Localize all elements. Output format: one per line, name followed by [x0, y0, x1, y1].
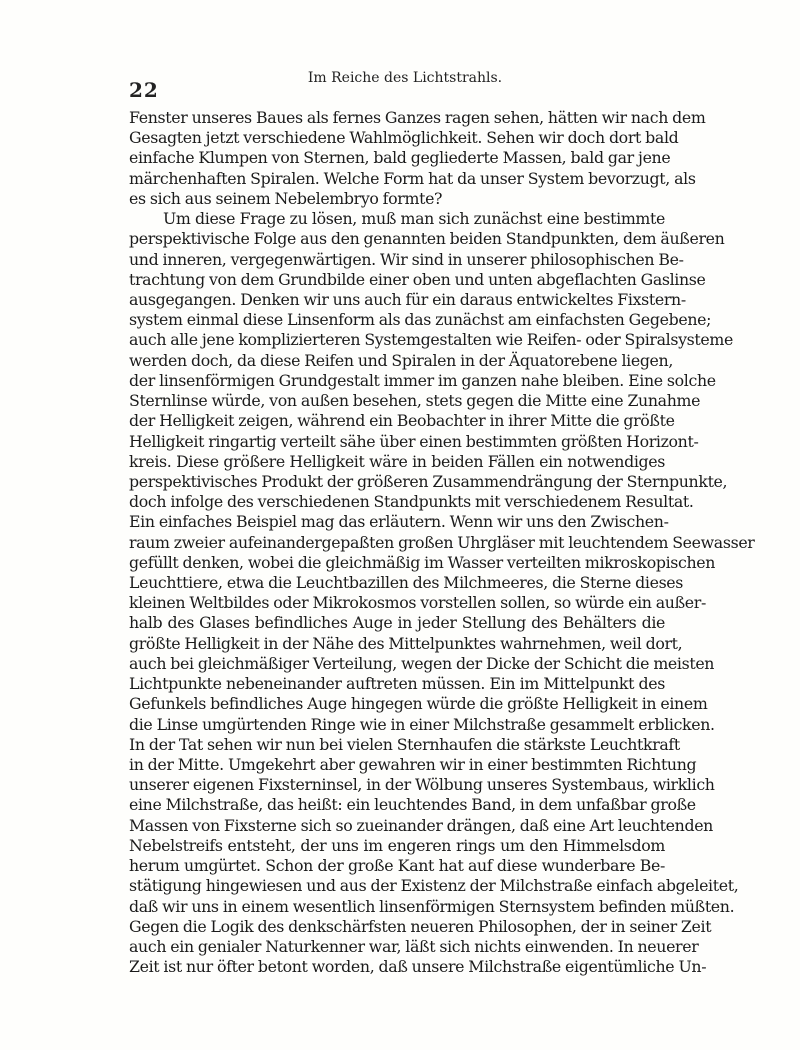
- text-line: Gesagten jetzt verschiedene Wahlmöglichk…: [129, 128, 665, 148]
- text-line: Gegen die Logik des denkschärfsten neuer…: [129, 917, 665, 937]
- text-line: Um diese Frage zu lösen, muß man sich zu…: [129, 209, 665, 229]
- text-line: trachtung von dem Grundbilde einer oben …: [129, 270, 665, 290]
- text-line: Leuchttiere, etwa die Leuchtbazillen des…: [129, 573, 665, 593]
- text-line: auch ein genialer Naturkenner war, läßt …: [129, 937, 665, 957]
- text-line: Zeit ist nur öfter betont worden, daß un…: [129, 957, 665, 977]
- text-line: kreis. Diese größere Helligkeit wäre in …: [129, 452, 665, 472]
- text-line: system einmal diese Linsenform als das z…: [129, 310, 665, 330]
- text-line: Ein einfaches Beispiel mag das erläutern…: [129, 512, 665, 532]
- text-line: der Helligkeit zeigen, während ein Beoba…: [129, 411, 665, 431]
- text-line: größte Helligkeit in der Nähe des Mittel…: [129, 634, 665, 654]
- text-line: Gefunkels befindliches Auge hingegen wür…: [129, 694, 665, 714]
- text-line: auch alle jene komplizierteren Systemges…: [129, 330, 665, 350]
- text-line: in der Mitte. Umgekehrt aber gewahren wi…: [129, 755, 665, 775]
- text-line: herum umgürtet. Schon der große Kant hat…: [129, 856, 665, 876]
- text-line: gefüllt denken, wobei die gleichmäßig im…: [129, 553, 665, 573]
- text-line: Helligkeit ringartig verteilt sähe über …: [129, 432, 665, 452]
- text-line: Massen von Fixsterne sich so zueinander …: [129, 816, 665, 836]
- text-line: perspektivisches Produkt der größeren Zu…: [129, 472, 665, 492]
- text-line: einfache Klumpen von Sternen, bald gegli…: [129, 148, 665, 168]
- text-line: der linsenförmigen Grundgestalt immer im…: [129, 371, 665, 391]
- text-line: stätigung hingewiesen und aus der Existe…: [129, 876, 665, 896]
- text-line: die Linse umgürtenden Ringe wie in einer…: [129, 715, 665, 735]
- text-line: halb des Glases befindliches Auge in jed…: [129, 613, 665, 633]
- text-line: daß wir uns in einem wesentlich linsenfö…: [129, 897, 665, 917]
- text-line: ausgegangen. Denken wir uns auch für ein…: [129, 290, 665, 310]
- text-line: In der Tat sehen wir nun bei vielen Ster…: [129, 735, 665, 755]
- text-line: doch infolge des verschiedenen Standpunk…: [129, 492, 665, 512]
- text-line: kleinen Weltbildes oder Mikrokosmos vors…: [129, 593, 665, 613]
- text-line: Sternlinse würde, von außen besehen, ste…: [129, 391, 665, 411]
- text-line: unserer eigenen Fixsterninsel, in der Wö…: [129, 775, 665, 795]
- body-text: Fenster unseres Baues als fernes Ganzes …: [129, 108, 665, 977]
- running-head: Im Reiche des Lichtstrahls.: [0, 70, 800, 86]
- text-line: Nebelstreifs entsteht, der uns im engere…: [129, 836, 665, 856]
- text-line: werden doch, da diese Reifen und Spirale…: [129, 351, 665, 371]
- text-line: eine Milchstraße, das heißt: ein leuchte…: [129, 795, 665, 815]
- text-line: Fenster unseres Baues als fernes Ganzes …: [129, 108, 665, 128]
- text-line: auch bei gleichmäßiger Verteilung, wegen…: [129, 654, 665, 674]
- text-line: es sich aus seinem Nebelembryo formte?: [129, 189, 665, 209]
- text-line: raum zweier aufeinandergepaßten großen U…: [129, 533, 665, 553]
- text-line: märchenhaften Spiralen. Welche Form hat …: [129, 169, 665, 189]
- book-page: 22 Im Reiche des Lichtstrahls. Fenster u…: [0, 0, 800, 1050]
- text-line: perspektivische Folge aus den genannten …: [129, 229, 665, 249]
- text-line: und inneren, vergegenwärtigen. Wir sind …: [129, 250, 665, 270]
- text-line: Lichtpunkte nebeneinander auftreten müss…: [129, 674, 665, 694]
